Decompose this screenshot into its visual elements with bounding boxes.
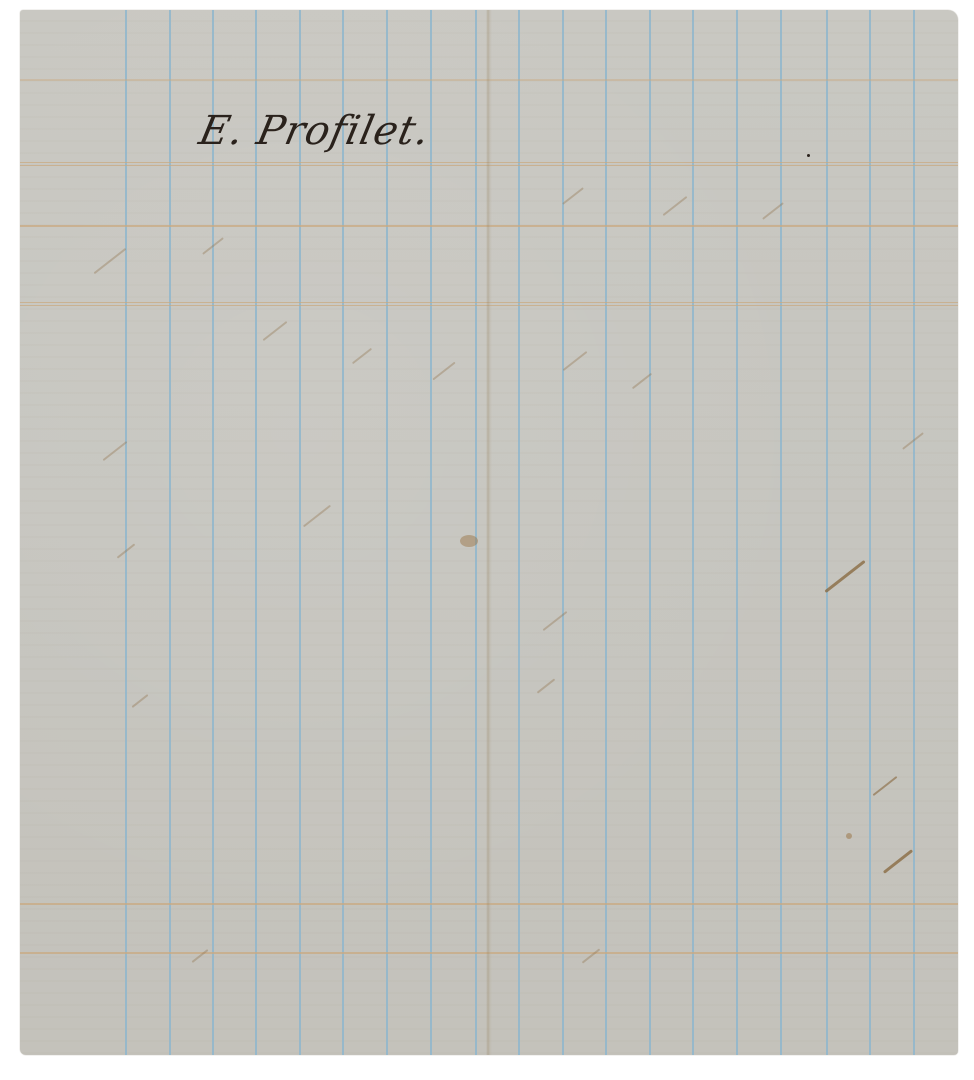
ink-bleed-mark	[103, 441, 128, 461]
column-rule	[869, 10, 871, 1055]
column-rule	[562, 10, 564, 1055]
ledger-sheet: E. Profilet.	[20, 10, 958, 1055]
column-rule	[212, 10, 214, 1055]
ink-dot	[807, 154, 810, 157]
stain-streak	[824, 560, 865, 593]
column-rule	[169, 10, 171, 1055]
stain	[846, 833, 852, 839]
column-rule	[475, 10, 477, 1055]
ink-bleed-mark	[303, 505, 331, 528]
column-rule	[649, 10, 651, 1055]
column-rule	[430, 10, 432, 1055]
column-rule	[605, 10, 607, 1055]
ink-bleed-mark	[432, 362, 455, 381]
ink-bleed-mark	[132, 694, 149, 708]
column-rule	[125, 10, 127, 1055]
center-fold	[486, 10, 492, 1055]
ink-bleed-mark	[663, 196, 688, 216]
column-rule	[913, 10, 915, 1055]
column-rule	[826, 10, 828, 1055]
column-rule	[780, 10, 782, 1055]
ink-bleed-mark	[537, 678, 556, 693]
column-rule	[386, 10, 388, 1055]
column-rule	[518, 10, 520, 1055]
column-rule	[255, 10, 257, 1055]
stain	[460, 535, 478, 547]
ink-bleed-mark	[582, 948, 601, 963]
column-rule	[299, 10, 301, 1055]
ink-bleed-mark	[543, 611, 568, 631]
ink-bleed-mark	[94, 248, 127, 274]
ink-bleed-mark	[352, 348, 372, 364]
column-rule	[342, 10, 344, 1055]
stain-streak	[873, 776, 898, 796]
ink-bleed-mark	[562, 187, 584, 205]
column-rule	[692, 10, 694, 1055]
ink-bleed-mark	[563, 351, 588, 371]
column-rule	[736, 10, 738, 1055]
handwritten-heading: E. Profilet.	[195, 108, 434, 154]
stain-streak	[883, 849, 913, 874]
ink-bleed-mark	[263, 321, 288, 341]
